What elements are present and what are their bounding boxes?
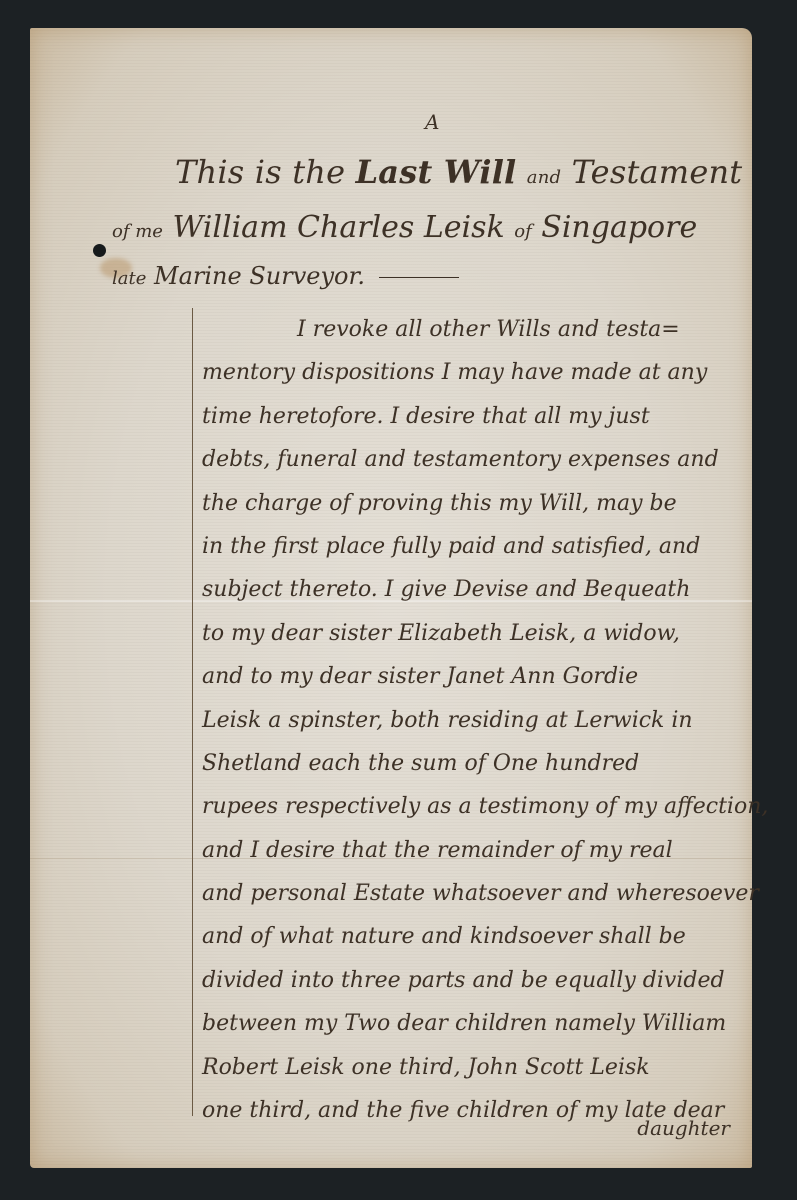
body-line: and personal Estate whatsoever and where… (202, 872, 747, 915)
heading-letter: A (425, 110, 439, 134)
body-line: subject thereto. I give Devise and Beque… (202, 568, 747, 611)
occupation: Marine Surveyor. (154, 262, 365, 290)
occupation-line: late Marine Surveyor. (112, 262, 459, 290)
body-line: and to my dear sister Janet Ann Gordie (202, 655, 747, 698)
margin-rule (192, 308, 193, 1116)
body-line: and of what nature and kindsoever shall … (202, 915, 747, 958)
testator-connector: of (514, 221, 532, 242)
title-end: Testament (572, 153, 743, 191)
title-prefix: This is the (175, 153, 345, 191)
body-line: Robert Leisk one third, John Scott Leisk (202, 1046, 747, 1089)
body-line: time heretofore. I desire that all my ju… (202, 395, 747, 438)
body-line: debts, funeral and testamentory expenses… (202, 438, 747, 481)
body-line: I revoke all other Wills and testa= (202, 308, 747, 351)
body-line: mentory dispositions I may have made at … (202, 351, 747, 394)
title-main: Last Will (356, 153, 517, 191)
body-line: to my dear sister Elizabeth Leisk, a wid… (202, 612, 747, 655)
manuscript-page: A This is the Last Will and Testament of… (30, 28, 752, 1168)
occupation-prefix: late (112, 268, 146, 289)
testator-name: William Charles Leisk (173, 210, 505, 245)
body-line: divided into three parts and be equally … (202, 959, 747, 1002)
body-line: and I desire that the remainder of my re… (202, 829, 747, 872)
occupation-underline (379, 277, 459, 278)
catchword: daughter (637, 1116, 730, 1140)
punch-hole (93, 244, 106, 257)
body-line: Leisk a spinster, both residing at Lerwi… (202, 699, 747, 742)
body-line: the charge of proving this my Will, may … (202, 482, 747, 525)
testator-line: of me William Charles Leisk of Singapore (112, 210, 697, 245)
testator-prefix: of me (112, 221, 163, 242)
document-title: This is the Last Will and Testament (175, 153, 742, 191)
title-conjunction: and (527, 167, 561, 188)
body-line: Shetland each the sum of One hundred (202, 742, 747, 785)
body-line: rupees respectively as a testimony of my… (202, 785, 747, 828)
body-line: in the first place fully paid and satisf… (202, 525, 747, 568)
will-body: I revoke all other Wills and testa= ment… (202, 308, 747, 1132)
testator-place: Singapore (541, 210, 697, 245)
body-line: between my Two dear children namely Will… (202, 1002, 747, 1045)
